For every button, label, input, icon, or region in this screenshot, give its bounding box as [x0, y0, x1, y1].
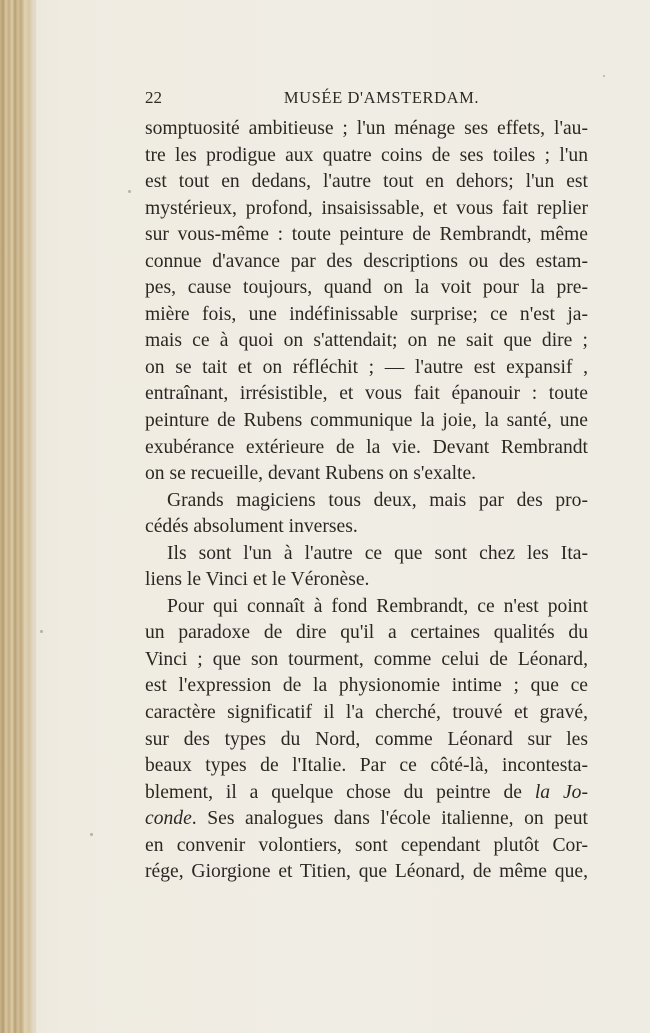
- italic-title-fragment: conde: [145, 808, 192, 829]
- book-binding-edge: [0, 0, 34, 1033]
- text-line: est tout en dedans, l'autre tout en deho…: [145, 169, 588, 196]
- text-line: mière fois, une indéfinissable surprise;…: [145, 302, 588, 329]
- text-line: Grands magiciens tous deux, mais par des…: [145, 488, 588, 515]
- paper-speck: [40, 630, 43, 633]
- text-line: sur vous-même : toute peinture de Rembra…: [145, 222, 588, 249]
- text-line: cédés absolument inverses.: [145, 514, 588, 541]
- paper-speck: [90, 833, 93, 836]
- running-title: MUSÉE D'AMSTERDAM.: [145, 88, 588, 108]
- italic-title-fragment: la Jo-: [535, 782, 588, 803]
- page-gutter: [34, 0, 36, 1033]
- text-line: pes, cause toujours, quand on la voit po…: [145, 275, 588, 302]
- text-line: Vinci ; que son tourment, comme celui de…: [145, 647, 588, 674]
- paper-speck: [128, 190, 131, 193]
- book-page: 22 MUSÉE D'AMSTERDAM. somptuosité ambiti…: [0, 0, 650, 1033]
- text-line: somptuosité ambitieuse ; l'un ménage ses…: [145, 116, 588, 143]
- text-line-with-italic: blement, il a quelque chose du peintre d…: [145, 780, 588, 807]
- text-line: entraînant, irrésistible, et vous fait é…: [145, 381, 588, 408]
- text-line-with-italic: conde. Ses analogues dans l'école italie…: [145, 806, 588, 833]
- text-line: on se recueille, devant Rubens on s'exal…: [145, 461, 588, 488]
- text-line: rége, Giorgione et Titien, que Léonard, …: [145, 859, 588, 886]
- body-text: somptuosité ambitieuse ; l'un ménage ses…: [145, 116, 588, 886]
- text-line: on se tait et on réfléchit ; — l'autre e…: [145, 355, 588, 382]
- text-line: est l'expression de la physionomie intim…: [145, 673, 588, 700]
- text-line: liens le Vinci et le Véronèse.: [145, 567, 588, 594]
- text-line: en convenir volontiers, sont cependant p…: [145, 833, 588, 860]
- paper-speck: [603, 75, 605, 77]
- text-fragment: blement, il a quelque chose du peintre d…: [145, 782, 535, 803]
- text-line: beaux types de l'Italie. Par ce côté-là,…: [145, 753, 588, 780]
- text-line: Ils sont l'un à l'autre ce que sont chez…: [145, 541, 588, 568]
- text-line: Pour qui connaît à fond Rembrandt, ce n'…: [145, 594, 588, 621]
- text-line: tre les prodigue aux quatre coins de ses…: [145, 143, 588, 170]
- text-line: un paradoxe de dire qu'il a certaines qu…: [145, 620, 588, 647]
- text-line: sur des types du Nord, comme Léonard sur…: [145, 727, 588, 754]
- text-line: mais ce à quoi on s'attendait; on ne sai…: [145, 328, 588, 355]
- text-line: exubérance extérieure de la vie. Devant …: [145, 435, 588, 462]
- text-line: caractère significatif il l'a cherché, t…: [145, 700, 588, 727]
- page-header: 22 MUSÉE D'AMSTERDAM.: [145, 88, 588, 112]
- text-line: peinture de Rubens communique la joie, l…: [145, 408, 588, 435]
- text-line: mystérieux, profond, insaisissable, et v…: [145, 196, 588, 223]
- text-line: connue d'avance par des descriptions ou …: [145, 249, 588, 276]
- text-fragment: . Ses analogues dans l'école italienne, …: [192, 808, 588, 829]
